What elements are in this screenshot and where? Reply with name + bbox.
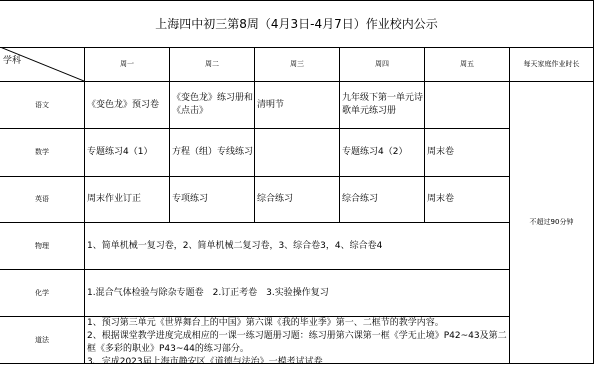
math-thu: 专题练习4（2） [340, 129, 424, 176]
subject-morality-law: 道法 [0, 317, 84, 363]
subject-chinese: 语文 [0, 82, 84, 128]
corner-label: 学科 [1, 54, 41, 68]
chinese-fri [425, 82, 509, 128]
divider [0, 0, 594, 1]
header-fri: 周五 [425, 48, 509, 81]
math-mon: 专题练习4（1） [85, 129, 169, 176]
header-wed: 周三 [255, 48, 339, 81]
morality-law-line-1: 1、预习第三单元《世界舞台上的中国》第六课《我的毕业季》第一、二框节的教学内容。 [87, 317, 509, 330]
english-wed: 综合练习 [255, 177, 339, 222]
subject-english: 英语 [0, 177, 84, 222]
math-fri: 周末卷 [425, 129, 509, 176]
divider [0, 363, 594, 364]
math-wed [255, 129, 339, 176]
physics-week: 1、简单机械一复习卷，2、简单机械二复习卷，3、综合卷3，4、综合卷4 [85, 223, 509, 269]
header-mon: 周一 [85, 48, 169, 81]
homework-table: 上海四中初三第8周（4月3日-4月7日）作业校内公示 学科 周一 周二 周三 周… [0, 0, 596, 365]
english-fri: 周末卷 [425, 177, 509, 222]
subject-math: 数学 [0, 129, 84, 176]
subject-physics: 物理 [0, 223, 84, 269]
chinese-tue: 《变色龙》练习册和《点击》 [170, 82, 254, 128]
header-tue: 周二 [170, 48, 254, 81]
math-tue: 方程（组）专线练习 [170, 129, 254, 176]
chinese-mon: 《变色龙》预习卷 [85, 82, 169, 128]
duration-value: 不超过90分钟 [510, 82, 593, 363]
header-duration: 每天家庭作业时长 [510, 48, 593, 81]
chinese-thu: 九年级下第一单元诗歌单元练习册 [340, 82, 424, 128]
table-title: 上海四中初三第8周（4月3日-4月7日）作业校内公示 [0, 1, 593, 47]
header-thu: 周四 [340, 48, 424, 81]
chemistry-week: 1.混合气体检验与除杂专题卷 2.订正考卷 3.实验操作复习 [85, 270, 509, 316]
english-tue: 专项练习 [170, 177, 254, 222]
english-mon: 周末作业订正 [85, 177, 169, 222]
morality-law-line-3: 3、完成2023届上海市静安区《道德与法治》一模考试试卷 [87, 356, 509, 363]
divider [593, 0, 594, 364]
chinese-wed: 清明节 [255, 82, 339, 128]
morality-law-week: 1、预习第三单元《世界舞台上的中国》第六课《我的毕业季》第一、二框节的教学内容。… [85, 317, 509, 363]
english-thu: 综合练习 [340, 177, 424, 222]
morality-law-line-2: 2、根据课堂教学进度完成相应的一课一练习题册习题：练习册第六课第一框《学无止境》… [87, 330, 509, 356]
subject-chemistry: 化学 [0, 270, 84, 316]
